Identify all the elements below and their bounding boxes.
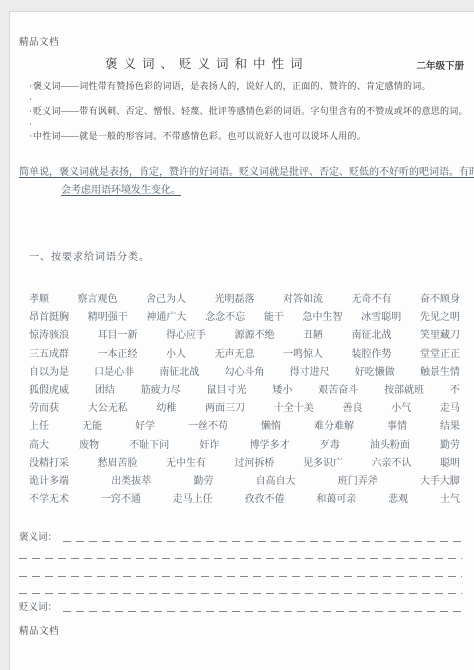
word: 口是心非 [94, 363, 134, 378]
answer-blank-line [19, 593, 462, 594]
word: 耳目一新 [98, 326, 138, 341]
word: 对答如流 [283, 290, 323, 305]
word: 不学无术 [29, 490, 69, 505]
word: 触景生情 [420, 363, 460, 378]
header-note: 精品文档 [19, 34, 59, 48]
word-row: 自以为是口是心非南征北战勾心斗角得寸进尺好吃懒做触景生情 [29, 363, 460, 381]
word: 孝顺 [29, 290, 49, 305]
document-page: 精品文档 褒义词、贬义词和中性词 二年级下册 · 褒义词——词性带有赞扬色彩的词… [9, 11, 474, 670]
summary-paragraph: 简单说，褒义词就是表扬，肯定，赞许的好词语。贬义词就是批评、否定、贬低的不好听的… [19, 164, 464, 199]
word: 惊涛骇浪 [29, 326, 69, 341]
exercise-heading: 一、按要求给词语分类。 [29, 248, 150, 263]
summary-line: 简单说，褒义词就是表扬，肯定，赞许的好词语。贬义词就是批评、否定、贬低的不好听的… [19, 167, 474, 178]
word: 先见之明 [420, 308, 460, 323]
page-title: 褒义词、贬义词和中性词 [105, 54, 309, 72]
answer-blank-line [19, 558, 462, 559]
definition-text: 褒义词——词性带有赞扬色彩的词语，是表扬人的，说好人的，正面的、赞许的、肯定感情… [33, 80, 431, 93]
word: 好吃懒做 [355, 363, 395, 378]
word: 歹毒 [320, 436, 340, 451]
bullet-icon: · [19, 105, 33, 118]
word: 土气 [440, 490, 460, 505]
word: 聪明 [440, 454, 460, 469]
word-row: 不学无术一窍不通走马上任孜孜不倦和蔼可亲悲观土气 [29, 490, 460, 508]
word: 小人 [166, 345, 186, 360]
word: 劳而获 [29, 399, 59, 414]
word: 筋疲力尽 [141, 381, 181, 396]
word-row: 诡计多端出类拔萃勤劳自高自大班门弄斧大手大脚 [29, 472, 460, 490]
word: 悲观 [388, 490, 408, 505]
word: 勾心斗角 [224, 363, 264, 378]
answer-blank-line [19, 576, 462, 577]
footer-note: 精品文档 [19, 623, 59, 637]
word-grid: 孝顺察言观色舍己为人光明磊落对答如流无奇不有奋不顾身昂首挺胸精明强干神通广大念念… [29, 290, 460, 508]
definition-item: · [19, 118, 468, 131]
word: 走马上任 [173, 490, 213, 505]
word: 能干 [264, 308, 284, 323]
word-row: 上任无能好学一丝不苟懒惰难分难解事情结果 [29, 417, 460, 435]
word: 幼稚 [156, 399, 176, 414]
word: 舍己为人 [146, 290, 186, 305]
word: 团结 [95, 381, 115, 396]
word: 好学 [135, 417, 155, 432]
word: 无能 [82, 417, 102, 432]
word: 不 [450, 381, 460, 396]
word: 结果 [440, 417, 460, 432]
bullet-icon: · [19, 118, 33, 131]
word-row: 狐假虎威团结筋疲力尽鼠目寸光矮小艰苦奋斗按部就班不 [29, 381, 460, 399]
answer-blank-row [19, 579, 462, 597]
answer-blank-line [63, 611, 462, 612]
negative-words-label: 贬义词： [19, 603, 57, 614]
word: 勤劳 [193, 472, 213, 487]
word: 察言观色 [78, 290, 118, 305]
word: 见多识广 [303, 454, 343, 469]
word-row: 孝顺察言观色舍己为人光明磊落对答如流无奇不有奋不顾身 [29, 290, 460, 308]
word: 装腔作势 [352, 345, 392, 360]
word: 光明磊落 [215, 290, 255, 305]
word: 废物 [79, 436, 99, 451]
answer-blank-lines [19, 544, 462, 597]
word: 鼠目寸光 [207, 381, 247, 396]
word: 矮小 [272, 381, 292, 396]
word: 无中生有 [166, 454, 206, 469]
positive-words-label: 褒义词： [19, 533, 57, 544]
word: 孜孜不倦 [244, 490, 284, 505]
word: 大公无私 [88, 399, 128, 414]
answer-blank-line [63, 541, 462, 542]
word: 源源不绝 [235, 326, 275, 341]
word: 诡计多端 [29, 472, 69, 487]
word: 自以为是 [29, 363, 69, 378]
word: 狐假虎威 [29, 381, 69, 396]
word: 急中生智 [303, 308, 343, 323]
definition-item: · 贬义词——带有讽刺、否定、憎恨、轻蔑、批评等感情色彩的词语。字句里含有的不赞… [19, 105, 468, 118]
word: 班门弄斧 [338, 472, 378, 487]
definition-text: 中性词——就是一般的形容词。不带感情色彩。也可以说好人也可以说坏人用的。 [33, 130, 366, 143]
word: 艰苦奋斗 [318, 381, 358, 396]
definition-item: · 褒义词——词性带有赞扬色彩的词语，是表扬人的，说好人的，正面的、赞许的、肯定… [19, 80, 468, 93]
word: 勤劳 [440, 436, 460, 451]
word: 十全十美 [274, 399, 314, 414]
word: 出类拔萃 [111, 472, 151, 487]
word: 得心应手 [166, 326, 206, 341]
word: 上任 [29, 417, 49, 432]
word: 无声无息 [215, 345, 255, 360]
answer-blank-row [19, 561, 462, 579]
word: 丑陋 [303, 326, 323, 341]
bullet-icon: · [19, 130, 33, 143]
bullet-icon: · [19, 80, 33, 93]
grade-label: 二年级下册 [416, 58, 464, 72]
word: 一丝不苟 [188, 417, 228, 432]
word: 小气 [391, 399, 411, 414]
word: 博学多才 [250, 436, 290, 451]
word: 愁眉苦脸 [98, 454, 138, 469]
word: 六亲不认 [372, 454, 412, 469]
word: 无奇不有 [352, 290, 392, 305]
word: 不耻下问 [129, 436, 169, 451]
word: 笑里藏刀 [420, 326, 460, 341]
word: 和蔼可亲 [316, 490, 356, 505]
word: 南征北战 [352, 326, 392, 341]
word: 得寸进尺 [290, 363, 330, 378]
word: 油头粉面 [370, 436, 410, 451]
word: 走马 [440, 399, 460, 414]
word: 一窍不通 [101, 490, 141, 505]
word: 奋不顾身 [420, 290, 460, 305]
word-row: 惊涛骇浪耳目一新得心应手源源不绝丑陋南征北战笑里藏刀 [29, 326, 460, 344]
answer-blank-row [19, 544, 462, 562]
word-row: 劳而获大公无私幼稚两面三刀十全十美善良小气走马 [29, 399, 460, 417]
word: 善良 [343, 399, 363, 414]
answer-section: 褒义词： 贬义词： [19, 532, 462, 614]
word: 大手大脚 [420, 472, 460, 487]
word: 懒惰 [261, 417, 281, 432]
bullet-icon: · [19, 93, 33, 106]
word: 按部就班 [384, 381, 424, 396]
word: 念念不忘 [205, 308, 245, 323]
word: 昂首挺胸 [29, 308, 69, 323]
word: 南征北战 [159, 363, 199, 378]
word: 自高自大 [256, 472, 296, 487]
word: 难分难解 [314, 417, 354, 432]
word-row: 昂首挺胸精明强干神通广大念念不忘能干急中生智冰雪聪明先见之明 [29, 308, 460, 326]
word: 奸诈 [199, 436, 219, 451]
answer-line-positive: 褒义词： [19, 532, 462, 544]
definition-text: 贬义词——带有讽刺、否定、憎恨、轻蔑、批评等感情色彩的词语。字句里含有的不赞成或… [33, 105, 468, 118]
word-row: 没精打采愁眉苦脸无中生有过河拆桥见多识广六亲不认聪明 [29, 454, 460, 472]
answer-line-negative: 贬义词： [19, 596, 462, 614]
word-row: 高大废物不耻下问奸诈博学多才歹毒油头粉面勤劳 [29, 436, 460, 454]
definitions-list: · 褒义词——词性带有赞扬色彩的词语，是表扬人的，说好人的，正面的、赞许的、肯定… [19, 80, 468, 143]
word: 没精打采 [29, 454, 69, 469]
summary-line: 会考虑用语环境发生变化。 [61, 182, 181, 200]
word: 一鸣惊人 [283, 345, 323, 360]
word: 神通广大 [146, 308, 186, 323]
word: 精明强干 [88, 308, 128, 323]
word: 堂堂正正 [420, 345, 460, 360]
word-row: 三五成群一本正经小人无声无息一鸣惊人装腔作势堂堂正正 [29, 345, 460, 363]
word: 一本正经 [98, 345, 138, 360]
definition-item: · [19, 93, 468, 106]
word: 冰雪聪明 [361, 308, 401, 323]
word: 高大 [29, 436, 49, 451]
word: 事情 [387, 417, 407, 432]
word: 两面三刀 [205, 399, 245, 414]
definition-item: · 中性词——就是一般的形容词。不带感情色彩。也可以说好人也可以说坏人用的。 [19, 130, 468, 143]
word: 过河拆桥 [235, 454, 275, 469]
word: 三五成群 [29, 345, 69, 360]
